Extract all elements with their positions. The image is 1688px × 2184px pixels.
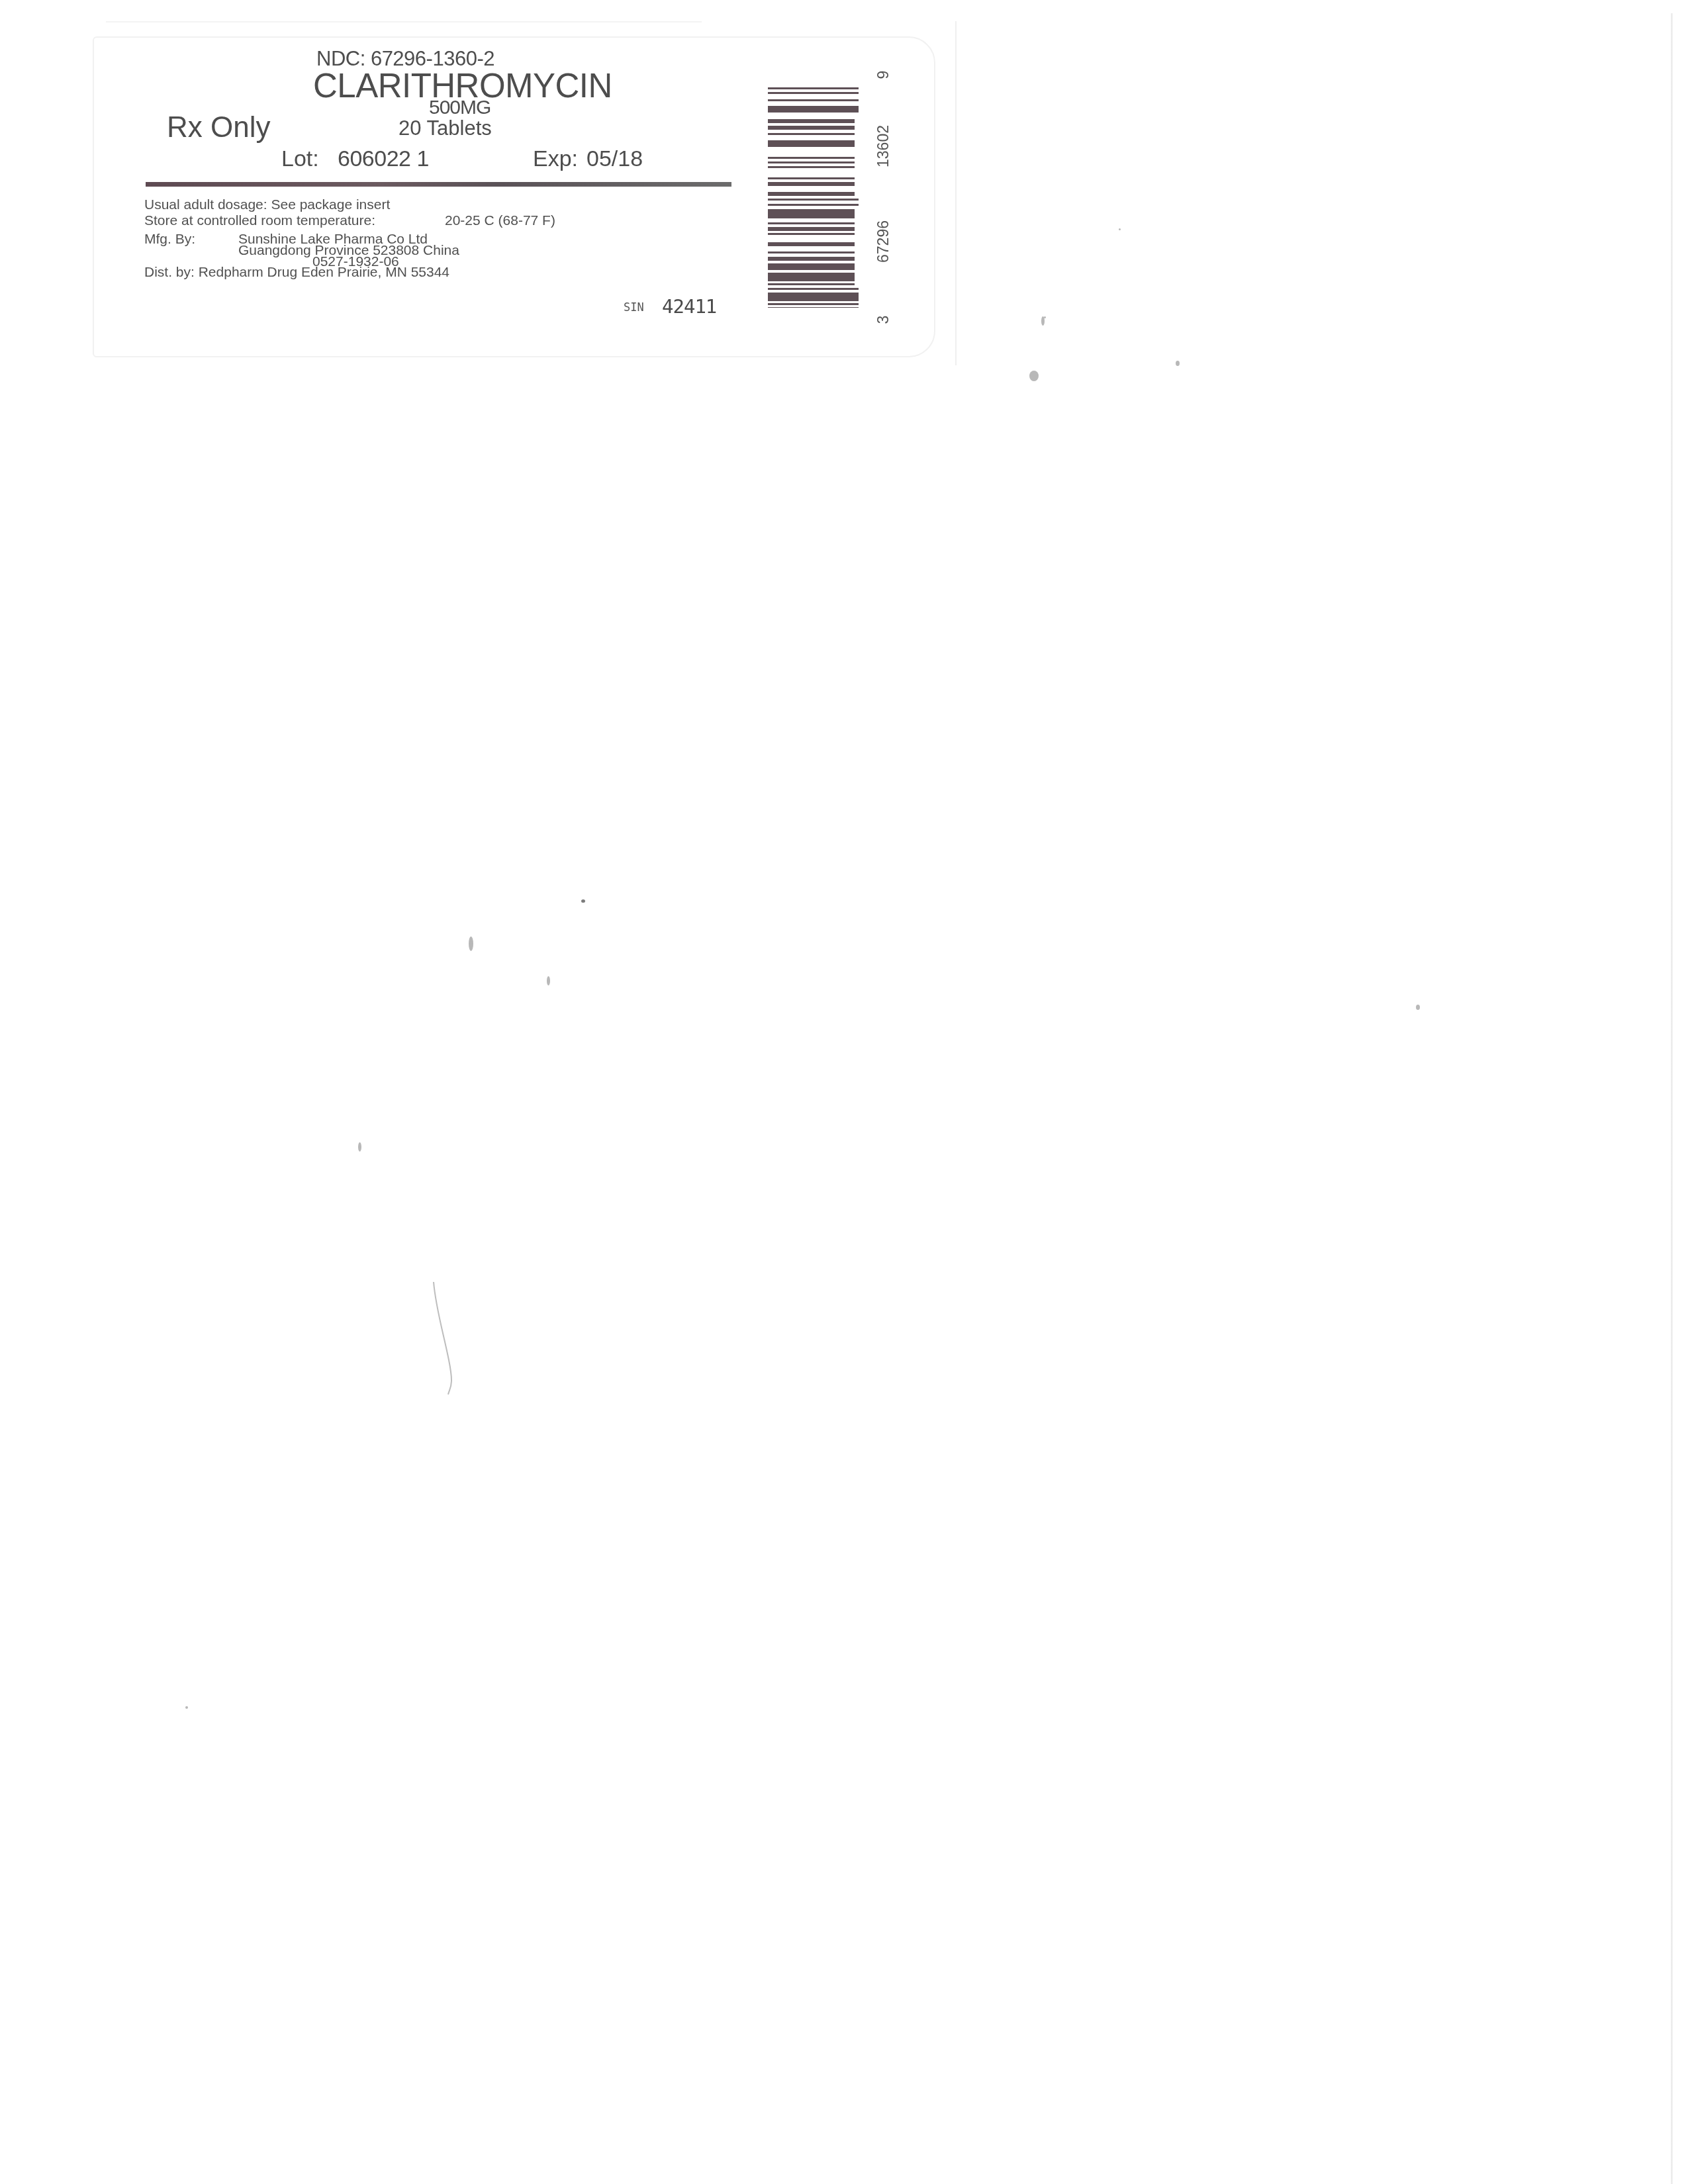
storage-temperature: 20-25 C (68-77 F)	[445, 213, 555, 229]
upc-barcode	[768, 86, 861, 308]
sin-label: SIN	[624, 301, 644, 314]
lot-number: 606022 1	[338, 146, 429, 172]
scan-speck	[1029, 371, 1039, 381]
scan-speck	[581, 899, 585, 903]
barcode-digit: 9	[874, 71, 892, 79]
barcode-bars	[768, 86, 861, 308]
scan-speck	[185, 1706, 188, 1709]
scan-hair	[430, 1281, 457, 1396]
rx-only-notice: Rx Only	[167, 111, 270, 144]
scan-speck	[1416, 1005, 1420, 1010]
scan-line	[955, 21, 957, 365]
scan-speck	[1119, 228, 1121, 230]
dosage-instructions: Usual adult dosage: See package insert	[144, 197, 390, 213]
page-edge	[1671, 13, 1673, 2184]
scan-line	[106, 21, 702, 23]
barcode-digit: 67296	[874, 220, 892, 263]
manufacturer-label: Mfg. By:	[144, 232, 195, 248]
sin-number: 42411	[662, 295, 716, 318]
barcode-digit: 3	[874, 316, 892, 324]
scan-speck	[1176, 361, 1180, 366]
storage-label: Store at controlled room temperature:	[144, 213, 375, 229]
scan-speck	[547, 976, 550, 985]
distributor: Dist. by: Redpharm Drug Eden Prairie, MN…	[144, 265, 449, 281]
scan-speck	[469, 936, 473, 951]
expiry-label: Exp:	[533, 146, 578, 172]
scanned-page: NDC: 67296-1360-2 CLARITHROMYCIN 500MG R…	[0, 0, 1688, 2184]
scan-speck	[1044, 316, 1046, 318]
divider-rule	[146, 182, 731, 187]
drug-strength: 500MG	[429, 97, 491, 119]
tablet-count: 20 Tablets	[399, 116, 492, 140]
expiry-date: 05/18	[586, 146, 643, 172]
lot-label: Lot:	[281, 146, 319, 172]
scan-speck	[358, 1142, 361, 1152]
barcode-digit: 13602	[874, 125, 892, 167]
